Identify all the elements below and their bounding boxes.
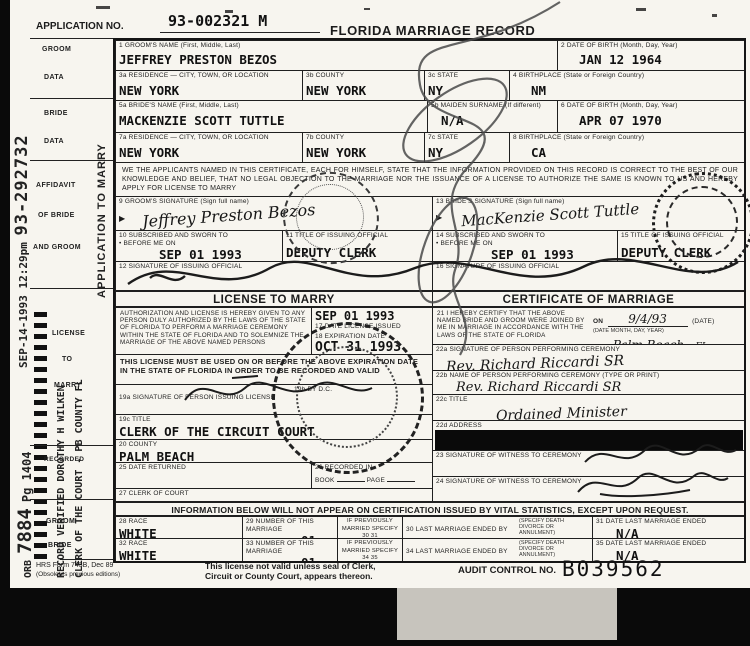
sidebar-affidavit-1: AFFIDAVIT <box>36 182 76 189</box>
field-bride-sworn-date: 14 SUBSCRIBED AND SWORN TO • BEFORE ME O… <box>432 230 617 261</box>
affidavit-paragraph: WE THE APPLICANTS NAMED IN THIS CERTIFIC… <box>122 166 738 193</box>
expiration-date-value: OCT 31 1993 <box>315 340 429 354</box>
field-label: 33 NUMBER OF THIS MARRIAGE <box>246 540 334 555</box>
divider <box>30 445 113 446</box>
field-sublabel: (SPECIFY DEATH DIVORCE OR ANNULMENT) <box>519 518 589 536</box>
field-label: 11 TITLE OF ISSUING OFFICIAL <box>286 232 429 240</box>
license-validity-text: THIS LICENSE MUST BE USED ON OR BEFORE T… <box>115 354 432 384</box>
sidebar-license-3: MARRY <box>54 382 81 389</box>
field-label-2: • BEFORE ME ON <box>436 240 614 248</box>
sidebar-affidavit-3: AND GROOM <box>33 244 81 251</box>
field-value: NEW YORK <box>119 145 299 160</box>
field-value: NEW YORK <box>119 83 299 98</box>
by-dc-label: 19b BY D.C. <box>294 386 332 394</box>
field-label: 34 LAST MARRIAGE ENDED BY <box>406 548 508 555</box>
application-no-label: APPLICATION NO. <box>36 21 124 32</box>
date-license-issued-label: 17 DATE LICENSE ISSUED <box>315 323 429 331</box>
form-table: 1 GROOM'S NAME (First, Middle, Last) JEF… <box>113 38 746 563</box>
field-value: WHITE <box>119 526 239 539</box>
orb-prefix: ORB <box>23 560 34 578</box>
field-label: 6 DATE OF BIRTH (Month, Day, Year) <box>561 102 741 110</box>
sidebar-application-to-marry: APPLICATION TO MARRY <box>96 143 108 298</box>
affidavit-text: WE THE APPLICANTS NAMED IN THIS CERTIFIC… <box>115 162 744 196</box>
field-signature-person-issuing-license: 19a SIGNATURE OF PERSON ISSUING LICENSE … <box>115 384 432 414</box>
field-label: 19c TITLE <box>119 416 429 424</box>
field-label: 24 SIGNATURE OF WITNESS TO CEREMONY <box>436 478 741 486</box>
application-no-value: 93-002321 M <box>168 12 267 30</box>
field-groom-sworn-date: 10 SUBSCRIBED AND SWORN TO • BEFORE ME O… <box>115 230 282 261</box>
field-groom-signature: 9 GROOM'S SIGNATURE (Sign full name) ▶ J… <box>115 196 432 230</box>
book-label: BOOK <box>315 477 335 484</box>
section-header-license: LICENSE TO MARRY <box>115 290 432 306</box>
field-label: 14 SUBSCRIBED AND SWORN TO <box>436 232 614 240</box>
florida-marriage-record-scan: SEP-14-1993 12:29pm 93-292732 ORB 7884 P… <box>0 0 750 646</box>
field-label: 20 COUNTY <box>119 441 429 449</box>
field-certify-statement: 21 I HEREBY CERTIFY THAT THE ABOVE NAMED… <box>432 306 744 344</box>
field-date-returned: 25 DATE RETURNED <box>115 462 311 488</box>
redaction-box <box>435 430 743 450</box>
seal-notice-line1: This license not valid unless seal of Cl… <box>205 561 376 571</box>
application-no-underline <box>160 32 320 33</box>
field-value: JAN 12 1964 <box>579 52 741 67</box>
audit-control-number: B039562 <box>562 557 665 581</box>
field-clerk-of-court: 27 CLERK OF COURT <box>115 488 432 501</box>
field-bride-race: 32 RACE WHITE <box>115 538 242 561</box>
sidebar-recorded: RECORDED <box>44 456 84 463</box>
sidebar-bride: BRIDE <box>44 110 68 117</box>
field-sublabel: (SPECIFY DEATH DIVORCE OR ANNULMENT) <box>519 540 589 558</box>
field-label: 19a SIGNATURE OF PERSON ISSUING LICENSE <box>119 394 275 401</box>
field-label: 5a BRIDE'S NAME (First, Middle, Last) <box>119 102 424 110</box>
field-value: APR 07 1970 <box>579 113 741 128</box>
license-validity-paragraph: THIS LICENSE MUST BE USED ON OR BEFORE T… <box>120 357 428 375</box>
field-label: 4 BIRTHPLACE (State or Foreign Country) <box>513 72 741 80</box>
field-value: PALM BEACH <box>119 449 429 463</box>
record-verified-stamp-line1: RECORD VERIFIED DOROTHY H WILKEN <box>56 385 67 578</box>
field-value: MACKENZIE SCOTT TUTTLE <box>119 113 424 128</box>
field-value: JEFFREY PRESTON BEZOS <box>119 52 554 67</box>
field-label: 22b NAME OF PERSON PERFORMING CEREMONY (… <box>436 372 741 380</box>
note-text: IF PREVIOUSLY MARRIED SPECIFY 34 35 <box>341 540 399 561</box>
book-blank <box>337 481 365 482</box>
field-recorded-in: 26 RECORDED IN BOOK PAGE <box>311 462 432 488</box>
field-witness-signature-2: 24 SIGNATURE OF WITNESS TO CEREMONY <box>432 476 744 501</box>
field-label: 12 SIGNATURE OF ISSUING OFFICIAL <box>119 263 429 271</box>
field-label: 27 CLERK OF COURT <box>119 490 429 498</box>
note-text: IF PREVIOUSLY MARRIED SPECIFY 30 31 <box>341 518 399 538</box>
received-date-stamp: SEP-14-1993 12:29pm 93-292732 <box>12 134 32 368</box>
field-value: N/A <box>616 526 741 539</box>
field-title-issuing-official-groom: 11 TITLE OF ISSUING OFFICIAL DEPUTY CLER… <box>282 230 432 261</box>
arrow-icon: ▶ <box>119 214 125 223</box>
divider <box>60 559 113 560</box>
field-value: NY <box>428 83 506 98</box>
field-label: 35 DATE LAST MARRIAGE ENDED <box>596 540 741 548</box>
field-label: 28 RACE <box>119 518 239 526</box>
form-number-note: (Obsoletes previous editions) <box>36 571 120 578</box>
field-value: DEPUTY CLERK <box>286 245 429 260</box>
sidebar-groom-data: DATA <box>44 74 64 81</box>
field-groom-last-marriage-ended: 30 LAST MARRIAGE ENDED BY (SPECIFY DEATH… <box>402 515 592 538</box>
field-groom-dob: 2 DATE OF BIRTH (Month, Day, Year) JAN 1… <box>557 40 744 70</box>
field-label: 7a RESIDENCE — CITY, TOWN, OR LOCATION <box>119 134 299 142</box>
arrow-icon: ▶ <box>436 213 442 222</box>
field-groom-race: 28 RACE WHITE <box>115 515 242 538</box>
field-label: 23 SIGNATURE OF WITNESS TO CEREMONY <box>436 452 741 460</box>
field-groom-marriage-number: 29 NUMBER OF THIS MARRIAGE 01 <box>242 515 337 538</box>
sidebar-groom: GROOM <box>42 46 71 53</box>
page-blank <box>387 481 415 482</box>
bride-previously-married-note: IF PREVIOUSLY MARRIED SPECIFY 34 35 <box>337 538 402 561</box>
field-value: NM <box>531 83 741 98</box>
divider <box>30 160 113 161</box>
scan-bottom-edge <box>0 588 750 646</box>
sidebar-license-1: LICENSE <box>52 330 85 337</box>
divider <box>68 38 113 39</box>
field-label: 15 TITLE OF ISSUING OFFICIAL <box>621 232 741 240</box>
scan-bottom-paper-corner <box>397 588 617 640</box>
file-number-stamp: 93-292732 <box>12 134 32 235</box>
field-label: 7c STATE <box>428 134 506 142</box>
sidebar-bride-race: BRIDE <box>48 542 72 549</box>
field-value: CA <box>531 145 741 160</box>
officiant-name: Rev. Richard Riccardi SR <box>456 380 741 395</box>
orb-number: 7884 <box>14 508 36 554</box>
field-value: WHITE <box>119 548 239 562</box>
field-title-issuing-official-bride: 15 TITLE OF ISSUING OFFICIAL DEPUTY CLER… <box>617 230 744 261</box>
field-label: 26 RECORDED IN <box>315 464 429 472</box>
field-signature-issuing-official-groom: 12 SIGNATURE OF ISSUING OFFICIAL <box>115 261 432 290</box>
field-label: 5b MAIDEN SURNAME (If different) <box>431 102 554 110</box>
field-label: 25 DATE RETURNED <box>119 464 308 472</box>
field-ceremony-signature: 22a SIGNATURE OF PERSON PERFORMING CEREM… <box>432 344 744 370</box>
groom-previously-married-note: IF PREVIOUSLY MARRIED SPECIFY 30 31 <box>337 515 402 538</box>
field-signature-issuing-official-bride: 16 SIGNATURE OF ISSUING OFFICIAL <box>432 261 744 290</box>
field-groom-name: 1 GROOM'S NAME (First, Middle, Last) JEF… <box>115 40 557 70</box>
field-groom-date-last-marriage: 31 DATE LAST MARRIAGE ENDED N/A <box>592 515 744 538</box>
field-label: 2 DATE OF BIRTH (Month, Day, Year) <box>561 42 741 50</box>
field-bride-state: 7c STATE NY <box>424 132 509 162</box>
field-label: 3b COUNTY <box>306 72 421 80</box>
field-label: 16 SIGNATURE OF ISSUING OFFICIAL <box>436 263 741 271</box>
date-suffix: (DATE) <box>692 318 714 325</box>
field-label: 1 GROOM'S NAME (First, Middle, Last) <box>119 42 554 50</box>
date-license-issued-value: SEP 01 1993 <box>315 309 429 323</box>
field-issuer-title: 19c TITLE CLERK OF THE CIRCUIT COURT <box>115 414 432 439</box>
expiration-date-label: 18 EXPIRATION DATE <box>315 333 429 341</box>
on-label: ON <box>593 318 603 325</box>
field-label: 31 DATE LAST MARRIAGE ENDED <box>596 518 741 526</box>
seal-notice-line2: Circuit or County Court, appears thereon… <box>205 571 373 581</box>
date-caption: (DATE MONTH, DAY, YEAR) <box>593 328 738 334</box>
field-value: SEP 01 1993 <box>491 247 614 261</box>
field-groom-birthplace: 4 BIRTHPLACE (State or Foreign Country) … <box>509 70 744 100</box>
field-label: 7b COUNTY <box>306 134 421 142</box>
field-value: SEP 01 1993 <box>159 247 279 261</box>
field-label: 32 RACE <box>119 540 239 548</box>
field-value: NEW YORK <box>306 83 421 98</box>
field-groom-county: 3b COUNTY NEW YORK <box>302 70 424 100</box>
field-label: 3a RESIDENCE — CITY, TOWN, OR LOCATION <box>119 72 299 80</box>
field-label: 10 SUBSCRIBED AND SWORN TO <box>119 232 279 240</box>
record-verified-stamp-line2: CLERK OF THE COURT - PB COUNTY FL <box>74 379 85 578</box>
field-bride-residence: 7a RESIDENCE — CITY, TOWN, OR LOCATION N… <box>115 132 302 162</box>
sidebar-bride-data: DATA <box>44 138 64 145</box>
orb-stamp: ORB 7884 Pg 1404 <box>14 452 36 578</box>
field-license-dates: SEP 01 1993 17 DATE LICENSE ISSUED 18 EX… <box>311 306 432 354</box>
field-ceremony-name: 22b NAME OF PERSON PERFORMING CEREMONY (… <box>432 370 744 394</box>
field-bride-marriage-number: 33 NUMBER OF THIS MARRIAGE 01 <box>242 538 337 561</box>
field-bride-county: 7b COUNTY NEW YORK <box>302 132 424 162</box>
sidebar-groom-race: GROOM <box>46 518 75 525</box>
field-bride-birthplace: 8 BIRTHPLACE (State or Foreign Country) … <box>509 132 744 162</box>
field-value: DEPUTY CLERK <box>621 245 741 260</box>
field-bride-dob: 6 DATE OF BIRTH (Month, Day, Year) APR 0… <box>557 100 744 132</box>
section-header-certificate: CERTIFICATE OF MARRIAGE <box>432 290 744 306</box>
field-value: NY <box>428 145 506 160</box>
field-bride-maiden-surname: 5b MAIDEN SURNAME (If different) N/A <box>427 100 557 132</box>
received-stamp-text: SEP-14-1993 12:29pm <box>17 242 30 368</box>
field-label: 22d ADDRESS <box>436 422 741 430</box>
field-label-2: • BEFORE ME ON <box>119 240 279 248</box>
divider <box>30 499 113 500</box>
field-value: NEW YORK <box>306 145 421 160</box>
field-officiant-address: 22d ADDRESS <box>432 420 744 450</box>
license-authorization-text: AUTHORIZATION AND LICENSE IS HEREBY GIVE… <box>115 306 311 354</box>
audit-control-label: AUDIT CONTROL NO. <box>458 565 556 576</box>
field-officiant-title: 22c TITLE Ordained Minister <box>432 394 744 420</box>
divider <box>30 288 113 289</box>
license-authorization-paragraph: AUTHORIZATION AND LICENSE IS HEREBY GIVE… <box>120 310 307 346</box>
field-label: 3c STATE <box>428 72 506 80</box>
field-label: 30 LAST MARRIAGE ENDED BY <box>406 526 508 533</box>
divider <box>30 98 113 99</box>
certify-paragraph: 21 I HEREBY CERTIFY THAT THE ABOVE NAMED… <box>437 310 589 339</box>
page-title: FLORIDA MARRIAGE RECORD <box>330 23 535 38</box>
field-bride-name: 5a BRIDE'S NAME (First, Middle, Last) MA… <box>115 100 427 132</box>
sidebar-affidavit-2: OF BRIDE <box>38 212 75 219</box>
field-groom-residence: 3a RESIDENCE — CITY, TOWN, OR LOCATION N… <box>115 70 302 100</box>
field-witness-signature-1: 23 SIGNATURE OF WITNESS TO CEREMONY <box>432 450 744 476</box>
form-number: HRS Form 743B, Dec 89 <box>36 562 113 569</box>
field-value: CLERK OF THE CIRCUIT COURT <box>119 424 429 439</box>
field-groom-state: 3c STATE NY <box>424 70 509 100</box>
field-issuer-county: 20 COUNTY PALM BEACH <box>115 439 432 462</box>
field-label: 8 BIRTHPLACE (State or Foreign Country) <box>513 134 741 142</box>
page-label: PAGE <box>367 477 385 484</box>
orb-page: Pg 1404 <box>20 452 34 503</box>
field-bride-signature: 13 BRIDE'S SIGNATURE (Sign full name) ▶ … <box>432 196 744 230</box>
sidebar-license-2: TO <box>62 356 72 363</box>
scan-left-edge <box>0 0 10 646</box>
vital-statistics-banner: INFORMATION BELOW WILL NOT APPEAR ON CER… <box>115 501 744 515</box>
field-label: 29 NUMBER OF THIS MARRIAGE <box>246 518 334 533</box>
field-value: N/A <box>441 113 554 128</box>
ceremony-date-value: 9/4/93 <box>608 312 688 327</box>
